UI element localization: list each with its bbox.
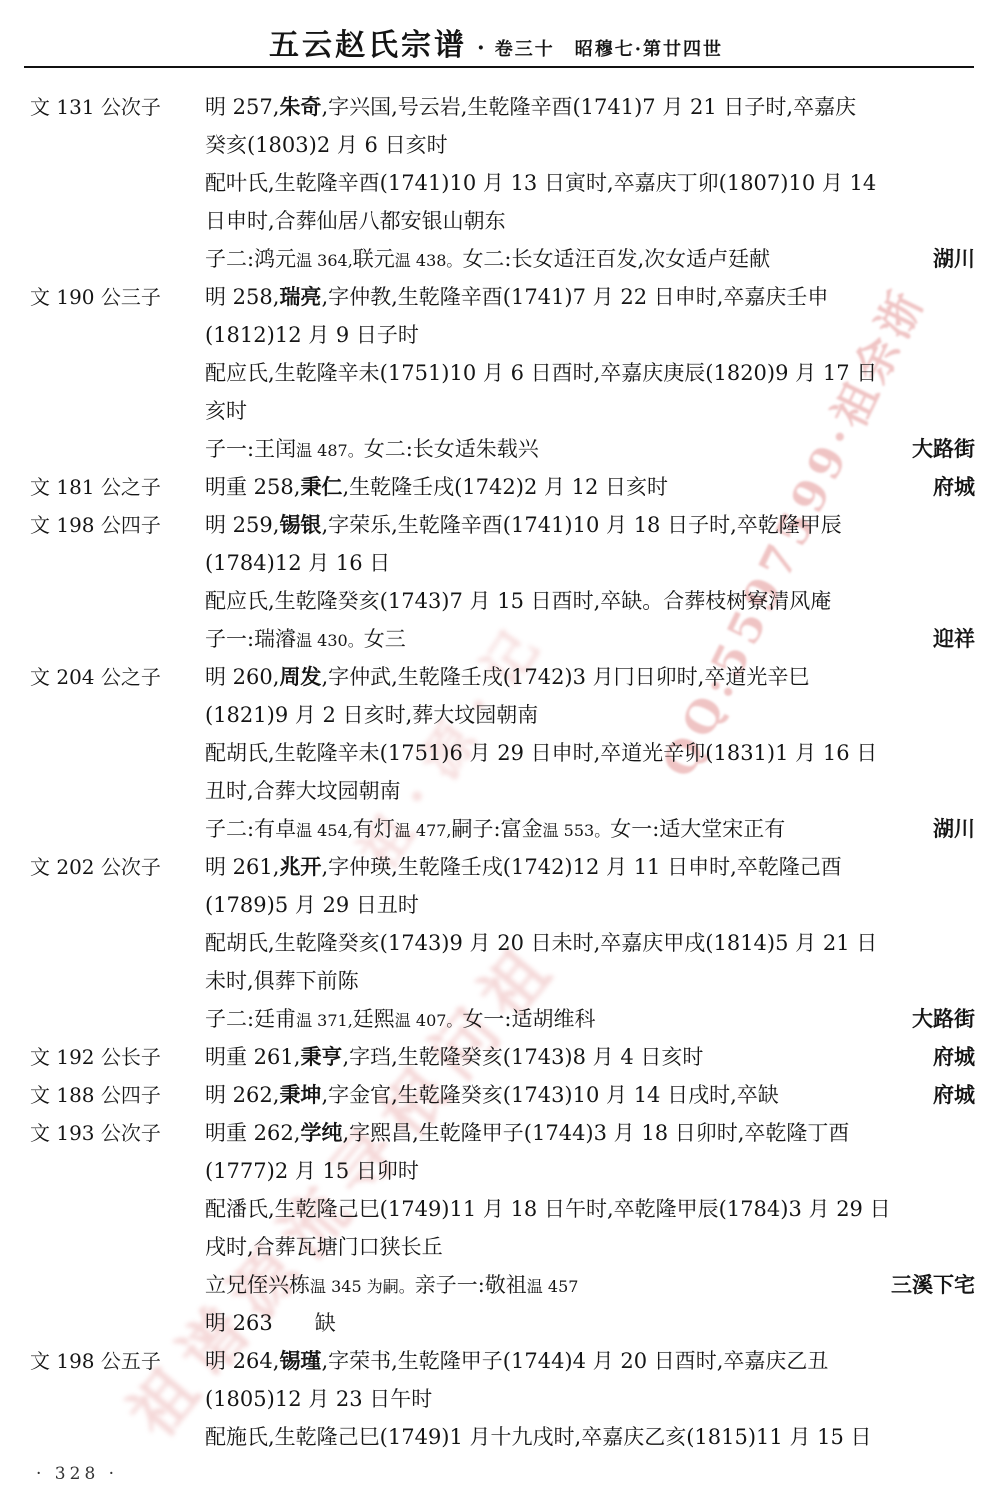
entry-row: 配应氏,生乾隆癸亥(1743)7 月 15 日酉时,卒缺。合葬枝树寮清风庵 — [205, 582, 975, 620]
entry-row: (1821)9 月 2 日亥时,葬大坟园朝南 — [205, 696, 975, 734]
entry-row: 子二:有卓温 454,有灯温 477,嗣子:富金温 553。女一:适大堂宋正有湖… — [205, 810, 975, 848]
entry-row: 丑时,合葬大坟园朝南 — [205, 772, 975, 810]
person-name: 秉坤 — [279, 1082, 321, 1107]
entry-rows: 明重 262,学纯,字熙昌,生乾隆甲子(1744)3 月 18 日卯时,卒乾隆丁… — [205, 1114, 992, 1342]
entry: 文 198 公四子明 259,锡银,字荣乐,生乾隆辛酉(1741)10 月 18… — [0, 506, 992, 658]
row-text: 明 259, — [205, 513, 279, 537]
generation-ref: 温 371, — [296, 1011, 353, 1030]
row-text: 配施氏,生乾隆己巳(1749)1 月十九戌时,卒嘉庆乙亥(1815)11 月 1… — [205, 1425, 872, 1449]
row-text: 明 263 缺 — [205, 1311, 336, 1335]
row-text: 明 264, — [205, 1349, 279, 1373]
row-text: 明重 262, — [205, 1121, 300, 1145]
header-rule — [24, 66, 974, 68]
entries: 文 131 公次子明 257,朱奇,字兴国,号云岩,生乾隆辛酉(1741)7 月… — [0, 88, 992, 1456]
row-text: 亲子一:敬祖 — [415, 1273, 527, 1297]
row-text: 联元 — [353, 247, 395, 271]
row-text: 明重 261, — [205, 1045, 300, 1069]
entry-label: 文 192 公长子 — [0, 1038, 205, 1076]
entry: 文 181 公之子明重 258,秉仁,生乾隆壬戌(1742)2 月 12 日亥时… — [0, 468, 992, 506]
entry-row: (1789)5 月 29 日丑时 — [205, 886, 975, 924]
entry-rows: 明重 258,秉仁,生乾隆壬戌(1742)2 月 12 日亥时府城 — [205, 468, 992, 506]
generation-ref: 温 438。 — [395, 251, 463, 270]
entry-row: (1812)12 月 9 日子时 — [205, 316, 975, 354]
generation-ref: 温 553。 — [543, 821, 611, 840]
row-text: ,字仲教,生乾隆辛酉(1741)7 月 22 日申时,卒嘉庆壬申 — [321, 285, 828, 309]
row-text: 立兄侄兴栋 — [205, 1273, 310, 1297]
entry-label: 文 188 公四子 — [0, 1076, 205, 1114]
row-text: ,字珰,生乾隆癸亥(1743)8 月 4 日亥时 — [342, 1045, 703, 1069]
row-text: 子一:瑞濬 — [205, 627, 296, 651]
row-text: ,字兴国,号云岩,生乾隆辛酉(1741)7 月 21 日子时,卒嘉庆 — [321, 95, 856, 119]
entry: 文 190 公三子明 258,瑞亮,字仲教,生乾隆辛酉(1741)7 月 22 … — [0, 278, 992, 468]
row-text: 女二:长女适朱载兴 — [364, 437, 539, 461]
row-text: 明 261, — [205, 855, 279, 879]
row-text: 廷熙 — [353, 1007, 395, 1031]
row-text: (1805)12 月 23 日午时 — [205, 1387, 432, 1411]
row-text: 亥时 — [205, 399, 247, 423]
entry: 文 202 公次子明 261,兆开,字仲瑛,生乾隆壬戌(1742)12 月 11… — [0, 848, 992, 1038]
residence-label: 湖川 — [933, 240, 975, 278]
entry-row: 未时,俱葬下前陈 — [205, 962, 975, 1000]
entry: 文 131 公次子明 257,朱奇,字兴国,号云岩,生乾隆辛酉(1741)7 月… — [0, 88, 992, 278]
entry-rows: 明 262,秉坤,字金官,生乾隆癸亥(1743)10 月 14 日戌时,卒缺府城 — [205, 1076, 992, 1114]
entry: 文 198 公五子明 264,锡瑾,字荣书,生乾隆甲子(1744)4 月 20 … — [0, 1342, 992, 1456]
row-text: 嗣子:富金 — [452, 817, 543, 841]
entry-row: 子一:王闰温 487。女二:长女适朱载兴大路街 — [205, 430, 975, 468]
generation-ref: 温 407。 — [395, 1011, 463, 1030]
row-text: 配潘氏,生乾隆己巳(1749)11 月 18 日午时,卒乾隆甲辰(1784)3 … — [205, 1197, 891, 1221]
row-text: (1784)12 月 16 日 — [205, 551, 390, 575]
generation-ref: 温 457 — [527, 1277, 579, 1296]
row-text: 丑时,合葬大坟园朝南 — [205, 779, 401, 803]
generation-ref: 温 345 为嗣。 — [310, 1277, 415, 1296]
entry-label: 文 190 公三子 — [0, 278, 205, 316]
row-text: (1789)5 月 29 日丑时 — [205, 893, 419, 917]
entry-row: 明 257,朱奇,字兴国,号云岩,生乾隆辛酉(1741)7 月 21 日子时,卒… — [205, 88, 975, 126]
row-text: (1777)2 月 15 日卯时 — [205, 1159, 419, 1183]
entry-label: 文 202 公次子 — [0, 848, 205, 886]
row-text: ,生乾隆壬戌(1742)2 月 12 日亥时 — [342, 475, 668, 499]
entry-rows: 明 264,锡瑾,字荣书,生乾隆甲子(1744)4 月 20 日酉时,卒嘉庆乙丑… — [205, 1342, 992, 1456]
row-text: ,字仲武,生乾隆壬戌(1742)3 月冂日卯时,卒道光辛巳 — [321, 665, 809, 689]
row-text: 明 262, — [205, 1083, 279, 1107]
person-name: 秉亨 — [300, 1044, 342, 1069]
residence-label: 湖川 — [933, 810, 975, 848]
entry-row: 明重 262,学纯,字熙昌,生乾隆甲子(1744)3 月 18 日卯时,卒乾隆丁… — [205, 1114, 975, 1152]
generation-ref: 温 454, — [296, 821, 353, 840]
entry-rows: 明 259,锡银,字荣乐,生乾隆辛酉(1741)10 月 18 日子时,卒乾隆甲… — [205, 506, 992, 658]
entry-rows: 明 260,周发,字仲武,生乾隆壬戌(1742)3 月冂日卯时,卒道光辛巳(18… — [205, 658, 992, 848]
entry-row: 日申时,合葬仙居八都安银山朝东 — [205, 202, 975, 240]
entry-row: 明重 261,秉亨,字珰,生乾隆癸亥(1743)8 月 4 日亥时府城 — [205, 1038, 975, 1076]
row-text: 配应氏,生乾隆辛未(1751)10 月 6 日酉时,卒嘉庆庚辰(1820)9 月… — [205, 361, 877, 385]
residence-label: 迎祥 — [933, 620, 975, 658]
person-name: 秉仁 — [300, 474, 342, 499]
entry-rows: 明 258,瑞亮,字仲教,生乾隆辛酉(1741)7 月 22 日申时,卒嘉庆壬申… — [205, 278, 992, 468]
row-text: ,字仲瑛,生乾隆壬戌(1742)12 月 11 日申时,卒乾隆己酉 — [321, 855, 841, 879]
entry-row: 癸亥(1803)2 月 6 日亥时 — [205, 126, 975, 164]
entry-row: (1805)12 月 23 日午时 — [205, 1380, 975, 1418]
row-text: 明 257, — [205, 95, 279, 119]
entry-row: 子一:瑞濬温 430。女三迎祥 — [205, 620, 975, 658]
row-text: ,字金官,生乾隆癸亥(1743)10 月 14 日戌时,卒缺 — [321, 1083, 778, 1107]
entry-row: 明 262,秉坤,字金官,生乾隆癸亥(1743)10 月 14 日戌时,卒缺府城 — [205, 1076, 975, 1114]
entry-label: 文 181 公之子 — [0, 468, 205, 506]
person-name: 兆开 — [279, 854, 321, 879]
entry-row: 配胡氏,生乾隆癸亥(1743)9 月 20 日未时,卒嘉庆甲戌(1814)5 月… — [205, 924, 975, 962]
residence-label: 大路街 — [912, 1000, 975, 1038]
row-text: 未时,俱葬下前陈 — [205, 969, 359, 993]
entry-row: 立兄侄兴栋温 345 为嗣。亲子一:敬祖温 457三溪下宅 — [205, 1266, 975, 1304]
row-text: 有灯 — [353, 817, 395, 841]
row-text: 癸亥(1803)2 月 6 日亥时 — [205, 133, 448, 157]
row-text: 女二:长女适汪百发,次女适卢廷献 — [462, 247, 770, 271]
entry-label: 文 198 公四子 — [0, 506, 205, 544]
row-text: 日申时,合葬仙居八都安银山朝东 — [205, 209, 506, 233]
entry-row: 明重 258,秉仁,生乾隆壬戌(1742)2 月 12 日亥时府城 — [205, 468, 975, 506]
row-text: ,字荣书,生乾隆甲子(1744)4 月 20 日酉时,卒嘉庆乙丑 — [321, 1349, 828, 1373]
row-text: 女一:适胡维科 — [462, 1007, 595, 1031]
row-text: 明重 258, — [205, 475, 300, 499]
genealogy-page: QQ:5597599·祖余浙祖谱源流寻根问祖祖·源·记 五云赵氏宗谱 · 卷三十… — [0, 0, 992, 1512]
person-name: 周发 — [279, 664, 321, 689]
row-text: 配胡氏,生乾隆癸亥(1743)9 月 20 日未时,卒嘉庆甲戌(1814)5 月… — [205, 931, 877, 955]
row-text: 女三 — [364, 627, 406, 651]
entry-row: 子二:鸿元温 364,联元温 438。女二:长女适汪百发,次女适卢廷献湖川 — [205, 240, 975, 278]
row-text: 女一:适大堂宋正有 — [610, 817, 785, 841]
entry-row: 明 260,周发,字仲武,生乾隆壬戌(1742)3 月冂日卯时,卒道光辛巳 — [205, 658, 975, 696]
person-name: 锡银 — [279, 512, 321, 537]
entry-label: 文 131 公次子 — [0, 88, 205, 126]
entry-label: 文 193 公次子 — [0, 1114, 205, 1152]
title-separator: · — [477, 35, 485, 61]
entry-row: 明 258,瑞亮,字仲教,生乾隆辛酉(1741)7 月 22 日申时,卒嘉庆壬申 — [205, 278, 975, 316]
page-header: 五云赵氏宗谱 · 卷三十 昭穆七·第廿四世 — [0, 0, 992, 60]
entry-label: 文 204 公之子 — [0, 658, 205, 696]
residence-label: 三溪下宅 — [891, 1266, 975, 1304]
person-name: 瑞亮 — [279, 284, 321, 309]
page-number: · 328 · — [36, 1464, 118, 1484]
residence-label: 府城 — [933, 468, 975, 506]
row-text: (1821)9 月 2 日亥时,葬大坟园朝南 — [205, 703, 538, 727]
entry-row: 明 263 缺 — [205, 1304, 975, 1342]
residence-label: 府城 — [933, 1038, 975, 1076]
entry-row: 配胡氏,生乾隆辛未(1751)6 月 29 日申时,卒道光辛卯(1831)1 月… — [205, 734, 975, 772]
entry-row: 戌时,合葬瓦塘门口狭长丘 — [205, 1228, 975, 1266]
entry-row: 配叶氏,生乾隆辛酉(1741)10 月 13 日寅时,卒嘉庆丁卯(1807)10… — [205, 164, 975, 202]
row-text: ,字荣乐,生乾隆辛酉(1741)10 月 18 日子时,卒乾隆甲辰 — [321, 513, 841, 537]
entry: 文 192 公长子明重 261,秉亨,字珰,生乾隆癸亥(1743)8 月 4 日… — [0, 1038, 992, 1076]
entry-row: 子二:廷甫温 371,廷熙温 407。女一:适胡维科大路街 — [205, 1000, 975, 1038]
row-text: 戌时,合葬瓦塘门口狭长丘 — [205, 1235, 443, 1259]
entry-row: 配施氏,生乾隆己巳(1749)1 月十九戌时,卒嘉庆乙亥(1815)11 月 1… — [205, 1418, 975, 1456]
row-text: ,字熙昌,生乾隆甲子(1744)3 月 18 日卯时,卒乾隆丁酉 — [342, 1121, 849, 1145]
entry-row: (1784)12 月 16 日 — [205, 544, 975, 582]
row-text: 子一:王闰 — [205, 437, 296, 461]
entry-rows: 明 261,兆开,字仲瑛,生乾隆壬戌(1742)12 月 11 日申时,卒乾隆己… — [205, 848, 992, 1038]
entry-row: 明 261,兆开,字仲瑛,生乾隆壬戌(1742)12 月 11 日申时,卒乾隆己… — [205, 848, 975, 886]
residence-label: 大路街 — [912, 430, 975, 468]
book-title: 五云赵氏宗谱 — [269, 20, 467, 64]
row-text: 子二:廷甫 — [205, 1007, 296, 1031]
row-text: 明 260, — [205, 665, 279, 689]
entry-row: 明 259,锡银,字荣乐,生乾隆辛酉(1741)10 月 18 日子时,卒乾隆甲… — [205, 506, 975, 544]
person-name: 学纯 — [300, 1120, 342, 1145]
entry-row: 配应氏,生乾隆辛未(1751)10 月 6 日酉时,卒嘉庆庚辰(1820)9 月… — [205, 354, 975, 392]
entry-label: 文 198 公五子 — [0, 1342, 205, 1380]
person-name: 锡瑾 — [279, 1348, 321, 1373]
generation-ref: 温 430。 — [296, 631, 364, 650]
row-text: 配应氏,生乾隆癸亥(1743)7 月 15 日酉时,卒缺。合葬枝树寮清风庵 — [205, 589, 831, 613]
generation-ref: 温 364, — [296, 251, 353, 270]
generation-ref: 温 477, — [395, 821, 452, 840]
generation-ref: 温 487。 — [296, 441, 364, 460]
entry: 文 188 公四子明 262,秉坤,字金官,生乾隆癸亥(1743)10 月 14… — [0, 1076, 992, 1114]
row-text: 配胡氏,生乾隆辛未(1751)6 月 29 日申时,卒道光辛卯(1831)1 月… — [205, 741, 877, 765]
row-text: 配叶氏,生乾隆辛酉(1741)10 月 13 日寅时,卒嘉庆丁卯(1807)10… — [205, 171, 876, 195]
row-text: 子二:鸿元 — [205, 247, 296, 271]
entry: 文 193 公次子明重 262,学纯,字熙昌,生乾隆甲子(1744)3 月 18… — [0, 1114, 992, 1342]
entry-row: 亥时 — [205, 392, 975, 430]
residence-label: 府城 — [933, 1076, 975, 1114]
entry-row: 配潘氏,生乾隆己巳(1749)11 月 18 日午时,卒乾隆甲辰(1784)3 … — [205, 1190, 975, 1228]
entry-rows: 明重 261,秉亨,字珰,生乾隆癸亥(1743)8 月 4 日亥时府城 — [205, 1038, 992, 1076]
volume-subtitle: 卷三十 昭穆七·第廿四世 — [495, 35, 723, 61]
row-text: 明 258, — [205, 285, 279, 309]
entry-rows: 明 257,朱奇,字兴国,号云岩,生乾隆辛酉(1741)7 月 21 日子时,卒… — [205, 88, 992, 278]
entry: 文 204 公之子明 260,周发,字仲武,生乾隆壬戌(1742)3 月冂日卯时… — [0, 658, 992, 848]
row-text: 子二:有卓 — [205, 817, 296, 841]
person-name: 朱奇 — [279, 94, 321, 119]
entry-row: 明 264,锡瑾,字荣书,生乾隆甲子(1744)4 月 20 日酉时,卒嘉庆乙丑 — [205, 1342, 975, 1380]
row-text: (1812)12 月 9 日子时 — [205, 323, 419, 347]
entry-row: (1777)2 月 15 日卯时 — [205, 1152, 975, 1190]
